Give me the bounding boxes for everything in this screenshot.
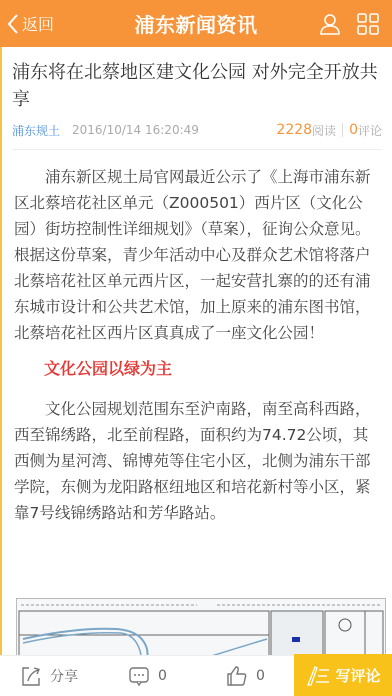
article-meta: 浦东规土 2016/10/14 16:20:49 2228 阅读 0 评论	[2, 113, 392, 141]
user-icon[interactable]	[318, 12, 342, 36]
subheading: 文化公园以绿为主	[14, 356, 382, 382]
paragraph: 浦东新区规土局官网最近公示了《上海市浦东新区北蔡培花社区单元（Z000501）西…	[14, 164, 382, 346]
comment-bubble-icon	[128, 665, 150, 687]
like-button[interactable]: 0	[226, 665, 265, 687]
back-button[interactable]: 返回	[6, 0, 54, 47]
article-source[interactable]: 浦东规土	[12, 122, 60, 139]
article-body: 浦东新区规土局官网最近公示了《上海市浦东新区北蔡培花社区单元（Z000501）西…	[2, 150, 392, 526]
page-title: 浦东新闻资讯	[135, 9, 258, 38]
grid-menu-icon[interactable]	[356, 12, 380, 36]
article-stats: 2228 阅读 0 评论	[276, 122, 382, 139]
chevron-left-icon	[6, 13, 20, 35]
share-icon	[20, 665, 42, 687]
pen-list-icon	[305, 665, 331, 687]
paragraph: 文化公园规划范围东至沪南路，南至高科西路，西至锦绣路，北至前程路，面积约为74.…	[14, 396, 382, 526]
share-label: 分享	[50, 666, 78, 686]
comment-label: 评论	[358, 122, 382, 139]
comments-count: 0	[158, 668, 167, 684]
back-label: 返回	[22, 12, 54, 35]
share-button[interactable]: 分享	[20, 665, 78, 687]
planning-map-image[interactable]	[16, 598, 386, 655]
top-nav-bar: 返回 浦东新闻资讯	[0, 0, 392, 47]
read-label: 阅读	[312, 122, 336, 139]
article-title: 浦东将在北蔡地区建文化公园 对外完全开放共享	[2, 47, 392, 113]
article-page[interactable]: 浦东将在北蔡地区建文化公园 对外完全开放共享 浦东规土 2016/10/14 1…	[0, 47, 392, 655]
thumbs-up-icon	[226, 665, 248, 687]
write-comment-button[interactable]: 写评论	[294, 654, 392, 696]
comments-button[interactable]: 0	[128, 665, 167, 687]
like-count: 0	[256, 668, 265, 684]
article-time: 2016/10/14 16:20:49	[72, 123, 199, 137]
bottom-action-bar: 分享 0 0 写评论	[0, 655, 392, 696]
write-comment-label: 写评论	[335, 665, 380, 686]
read-count: 2228	[276, 122, 312, 138]
comment-count: 0	[349, 122, 358, 138]
stats-divider	[342, 123, 343, 137]
